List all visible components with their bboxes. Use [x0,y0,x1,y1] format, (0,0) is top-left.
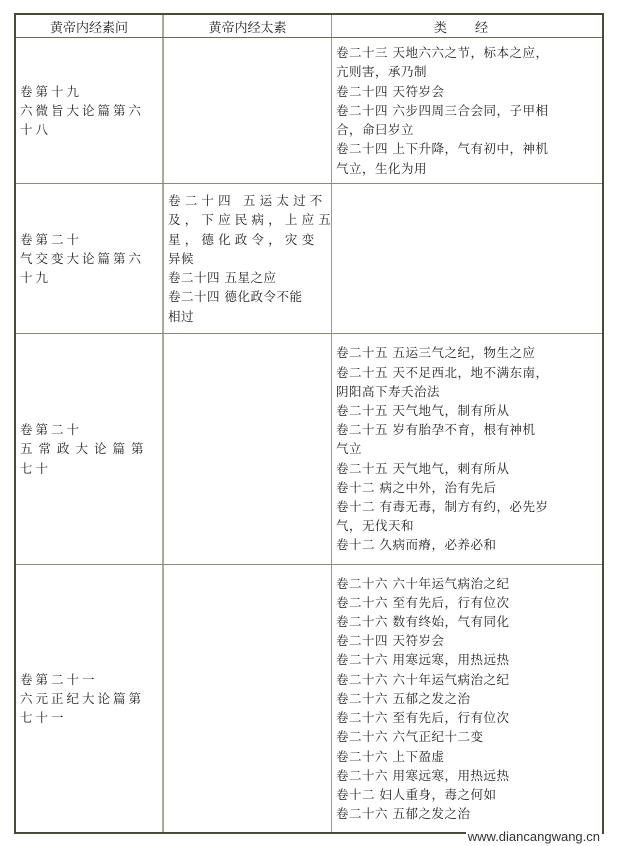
table-header-row: 黄帝内经素问 黄帝内经太素 类 经 [16,15,602,38]
cell-leijing: 卷二十五 五运三气之纪，物生之应 卷二十五 天不足西北，地不满东南， 阴阳高下寿… [332,334,602,564]
cell-line: 卷二十六 六十年运气病治之纪 [336,574,598,593]
cell-line: 六元正纪大论篇第 [20,689,158,708]
cell-line: 卷二十四 上下升降，气有初中，神机 [336,139,598,158]
cell-line: 气立，生化为用 [336,159,598,178]
header-suwen: 黄帝内经素问 [16,15,164,37]
cell-suwen: 卷第十九 六微旨大论篇第六 十八 [16,38,164,183]
cell-taisu [164,565,332,832]
cell-line: 阴阳高下寿夭治法 [336,382,598,401]
cell-line: 卷第二十 [20,230,158,249]
cell-line: 卷第二十一 [20,670,158,689]
cell-leijing [332,184,602,333]
cell-line: 卷二十六 用寒远寒，用热远热 [336,766,598,785]
cell-line: 卷二十六 六十年运气病治之纪 [336,670,598,689]
cell-line: 卷二十四 天符岁会 [336,631,598,650]
watermark: www.diancangwang.cn [466,829,602,844]
cell-suwen: 卷第二十 气交变大论篇第六 十九 [16,184,164,333]
cell-line: 七十 [20,459,158,478]
cell-line: 卷二十五 天不足西北，地不满东南， [336,363,598,382]
cell-line: 气，无伐天和 [336,516,598,535]
cell-line: 卷二十六 至有先后，行有位次 [336,593,598,612]
cell-line: 五常政大论篇第 [20,439,158,458]
cell-line: 卷二十五 岁有胎孕不育，根有神机 [336,420,598,439]
header-taisu: 黄帝内经太素 [164,15,332,37]
table-row: 卷第二十 气交变大论篇第六 十九 卷二十四 五运太过不 及，下应民病，上应五 星… [16,184,602,334]
cell-line: 卷二十四 德化政令不能 [168,287,327,306]
cell-line: 卷二十六 至有先后，行有位次 [336,708,598,727]
table-row: 卷第二十一 六元正纪大论篇第 七十一 卷二十六 六十年运气病治之纪 卷二十六 至… [16,565,602,834]
cell-line: 星，德化政令，灾变 [168,230,327,249]
cell-line: 七十一 [20,708,158,727]
cell-line: 卷十二 有毒无毒，制方有约，必先岁 [336,497,598,516]
cell-line: 卷二十五 五运三气之纪，物生之应 [336,343,598,362]
header-label: 黄帝内经素问 [50,17,128,36]
cell-line: 卷二十四 天符岁会 [336,82,598,101]
cell-leijing: 卷二十三 天地六六之节，标本之应， 亢则害，承乃制 卷二十四 天符岁会 卷二十四… [332,38,602,183]
cell-line: 卷二十六 数有终始，气有同化 [336,612,598,631]
cell-line: 合，命曰岁立 [336,120,598,139]
cell-line: 卷二十六 五郁之发之治 [336,804,598,823]
cell-line: 卷二十六 五郁之发之治 [336,689,598,708]
cell-line: 卷十二 病之中外，治有先后 [336,478,598,497]
cell-line: 卷第十九 [20,82,158,101]
cell-line: 亢则害，承乃制 [336,62,598,81]
cell-suwen: 卷第二十 五常政大论篇第 七十 [16,334,164,564]
cell-line: 卷二十五 天气地气，刺有所从 [336,459,598,478]
cell-line: 卷二十六 六气正纪十二变 [336,727,598,746]
cell-line: 卷二十五 天气地气，制有所从 [336,401,598,420]
table-row: 卷第二十 五常政大论篇第 七十 卷二十五 五运三气之纪，物生之应 卷二十五 天不… [16,334,602,565]
cell-line: 卷二十四 五星之应 [168,268,327,287]
cell-line: 卷十二 妇人重身，毒之何如 [336,785,598,804]
cell-line: 十九 [20,268,158,287]
table-row: 卷第十九 六微旨大论篇第六 十八 卷二十三 天地六六之节，标本之应， 亢则害，承… [16,38,602,184]
cell-line: 卷二十四 五运太过不 [168,191,327,210]
cell-line: 卷二十四 六步四周三合会同，子甲相 [336,101,598,120]
header-label: 黄帝内经太素 [208,17,286,36]
header-leijing: 类 经 [332,15,602,37]
cell-line: 卷第二十 [20,420,158,439]
cell-line: 卷二十六 上下盈虚 [336,747,598,766]
cell-line: 卷二十三 天地六六之节，标本之应， [336,43,598,62]
cell-line: 气立 [336,439,598,458]
header-label: 类 经 [434,17,500,36]
cell-taisu [164,334,332,564]
cell-line: 相过 [168,307,327,326]
cell-leijing: 卷二十六 六十年运气病治之纪 卷二十六 至有先后，行有位次 卷二十六 数有终始，… [332,565,602,832]
cell-line: 及，下应民病，上应五 [168,210,327,229]
cell-line: 六微旨大论篇第六 [20,101,158,120]
cell-taisu [164,38,332,183]
cell-taisu: 卷二十四 五运太过不 及，下应民病，上应五 星，德化政令，灾变 异候 卷二十四 … [164,184,332,333]
cell-line: 气交变大论篇第六 [20,249,158,268]
cell-line: 异候 [168,249,327,268]
cell-line: 十八 [20,120,158,139]
comparison-table: 黄帝内经素问 黄帝内经太素 类 经 卷第十九 六微旨大论篇第六 十八 卷二十三 … [14,13,604,834]
cell-suwen: 卷第二十一 六元正纪大论篇第 七十一 [16,565,164,832]
cell-line: 卷十二 久病而瘠，必养必和 [336,535,598,554]
cell-line: 卷二十六 用寒远寒，用热远热 [336,650,598,669]
